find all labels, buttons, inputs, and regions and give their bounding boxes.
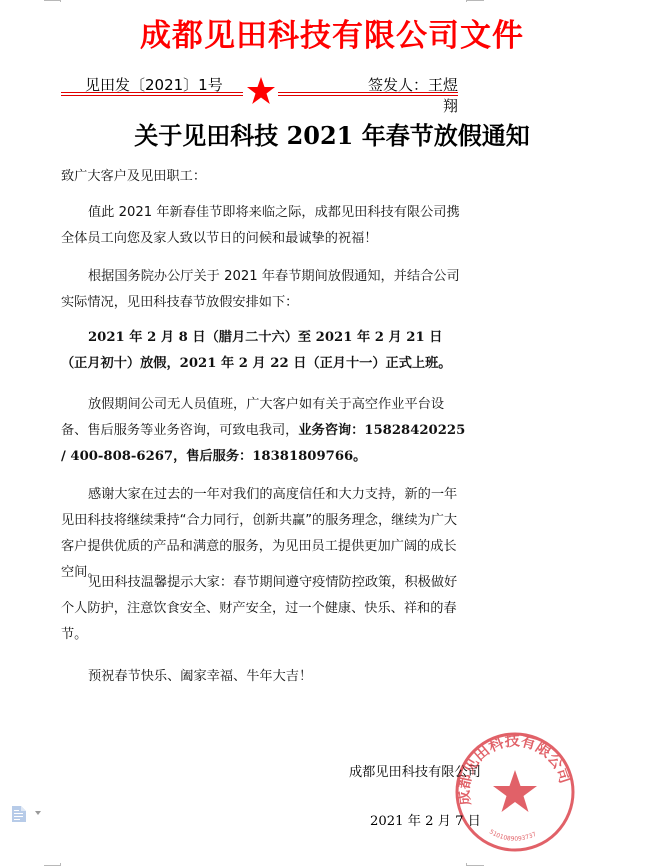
svg-text:5101089093737: 5101089093737 [488,828,538,842]
paragraph-greetings: 值此 2021 年新春佳节即将来临之际，成都见田科技有限公司携全体员工向您及家人… [61,200,466,252]
org-header-title: 成都见田科技有限公司文件 [0,10,664,55]
paragraph-contact: 放假期间公司无人员值班，广大客户如有关于高空作业平台设备、售后服务等业务咨询，可… [61,392,466,470]
paragraph-holiday-dates: 2021 年 2 月 8 日（腊月二十六）至 2021 年 2 月 21 日（正… [61,325,466,377]
paragraph-basis: 根据国务院办公厅关于 2021 年春节期间放假通知，并结合公司实际情况，见田科技… [61,264,466,316]
paste-options-icon[interactable] [12,806,26,822]
red-star-icon [246,76,276,106]
paste-options-dropdown-arrow-icon[interactable] [35,811,41,815]
paragraph-wishes: 预祝春节快乐、阖家幸福、牛年大吉！ [61,664,466,690]
paragraph-reminder: 见田科技温馨提示大家：春节期间遵守疫情防控政策，积极做好个人防护，注意饮食安全、… [61,570,466,648]
notice-title: 关于见田科技 2021 年春节放假通知 [0,116,664,151]
red-rule-right-top [278,92,458,93]
red-rule-right-bottom [278,95,458,96]
signature-company: 成都见田科技有限公司 [349,761,481,780]
red-rule-left-top [61,92,243,93]
signature-date: 2021 年 2 月 7 日 [370,810,481,829]
greeting: 致广大客户及见田职工： [61,164,466,190]
company-seal-stamp: 成都见田科技有限公司 5101089093737 [450,730,580,855]
red-rule-left-bottom [61,95,243,96]
